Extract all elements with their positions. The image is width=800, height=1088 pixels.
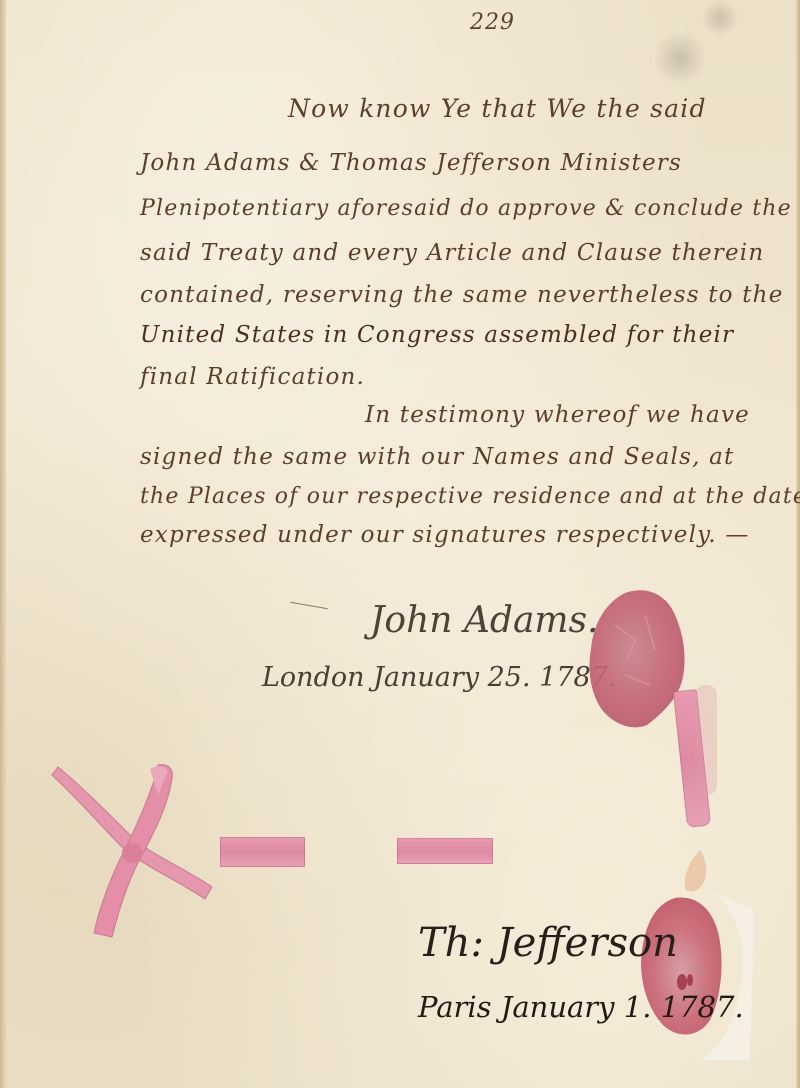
ribbon-strip-right [397, 838, 493, 864]
body-line: said Treaty and every Article and Clause… [140, 240, 764, 266]
signature-john-adams: John Adams. [370, 600, 598, 641]
body-line: John Adams & Thomas Jefferson Ministers [140, 150, 682, 176]
page-number: 229 [470, 10, 515, 35]
body-line: final Ratification. [140, 364, 365, 390]
signature-place-date-paris: Paris January 1. 1787. [418, 990, 744, 1024]
body-line: signed the same with our Names and Seals… [140, 444, 735, 470]
body-line: contained, reserving the same neverthele… [140, 282, 784, 308]
body-line: In testimony whereof we have [365, 402, 750, 428]
body-line: expressed under our signatures respectiv… [140, 522, 750, 548]
body-line: United States in Congress assembled for … [140, 322, 734, 348]
smudge-mark [655, 28, 705, 88]
ribbon-stain [695, 685, 717, 795]
smudge-mark [700, 0, 740, 35]
body-line: Plenipotentiary aforesaid do approve & c… [140, 196, 792, 221]
ribbon-strip-left [220, 837, 305, 867]
body-line: Now know Ye that We the said [288, 94, 707, 123]
paper-left-edge [0, 0, 6, 1088]
body-line: the Places of our respective residence a… [140, 484, 800, 509]
pen-mark [290, 602, 328, 610]
signature-place-date-london: London January 25. 1787. [262, 662, 616, 693]
ribbon-knot [50, 755, 225, 950]
treaty-document-page: 229 Now know Ye that We the said John Ad… [0, 0, 800, 1088]
paper-right-edge [796, 0, 800, 1088]
signature-thomas-jefferson: Th: Jefferson [418, 920, 678, 966]
